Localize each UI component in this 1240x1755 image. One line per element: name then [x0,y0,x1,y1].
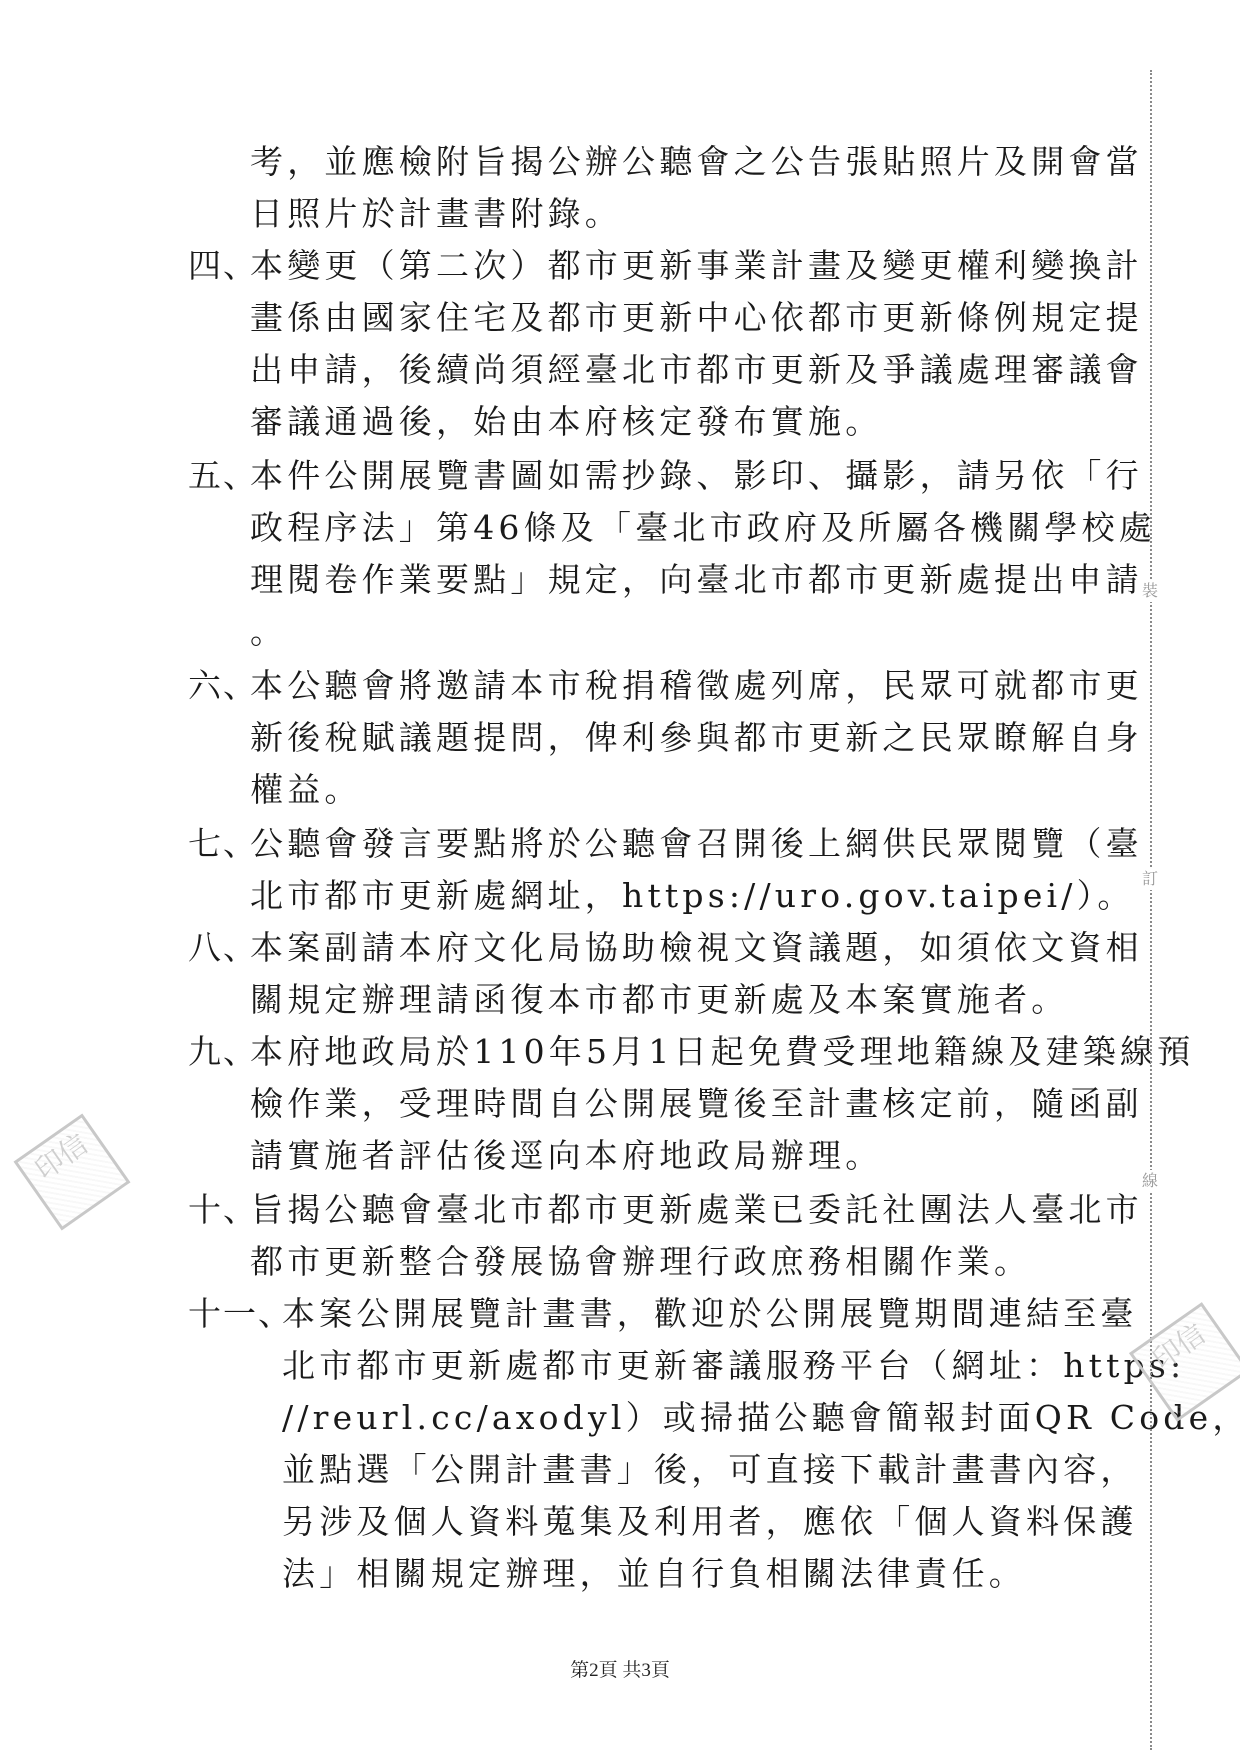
item-11-line-3: //reurl.cc/axodyl）或掃描公聽會簡報封面QR Code， [282,1398,1240,1438]
item-5-line-4: 。 [250,612,287,652]
continuation-line-1: 考，並應檢附旨揭公辦公聽會之公告張貼照片及開會當 [250,142,1143,182]
item-number-4: 四、 [188,246,258,286]
item-7-line-2: 北市都市更新處網址，https://uro.gov.taipei/）。 [250,876,1135,916]
page-number: 第2頁 共3頁 [0,1655,1240,1682]
item-8-line-2: 關規定辦理請函復本市都市更新處及本案實施者。 [250,980,1068,1020]
seal-stamp-left: 印信 [14,1114,131,1231]
binding-mark-zhuang: 裝 [1139,580,1161,602]
item-8-line-1: 本案副請本府文化局協助檢視文資議題，如須依文資相 [250,928,1143,968]
item-number-8: 八、 [188,928,258,968]
binding-line [1150,70,1152,1750]
item-number-5: 五、 [188,456,258,496]
item-9-line-2: 檢作業，受理時間自公開展覽後至計畫核定前，隨函副 [250,1084,1143,1124]
item-4-line-2: 畫係由國家住宅及都市更新中心依都市更新條例規定提 [250,298,1143,338]
item-11-line-5: 另涉及個人資料蒐集及利用者，應依「個人資料保護 [282,1502,1138,1542]
item-4-line-4: 審議通過後，始由本府核定發布實施。 [250,402,882,442]
item-4-line-1: 本變更（第二次）都市更新事業計畫及變更權利變換計 [250,246,1143,286]
item-9-line-1: 本府地政局於110年5月1日起免費受理地籍線及建築線預 [250,1032,1194,1072]
binding-mark-xian: 線 [1139,1170,1161,1192]
item-9-line-3: 請實施者評估後逕向本府地政局辦理。 [250,1136,882,1176]
item-5-line-1: 本件公開展覽書圖如需抄錄、影印、攝影，請另依「行 [250,456,1143,496]
item-11-line-4: 並點選「公開計畫書」後，可直接下載計畫書內容， [282,1450,1138,1490]
item-10-line-1: 旨揭公聽會臺北市都市更新處業已委託社團法人臺北市 [250,1190,1143,1230]
item-11-line-1: 本案公開展覽計畫書，歡迎於公開展覽期間連結至臺 [282,1294,1138,1334]
item-7-line-1: 公聽會發言要點將於公聽會召開後上網供民眾閱覽（臺 [250,824,1143,864]
item-6-line-3: 權益。 [250,770,362,810]
item-6-line-2: 新後稅賦議題提問，俾利參與都市更新之民眾瞭解自身 [250,718,1143,758]
item-5-line-3: 理閱卷作業要點」規定，向臺北市都市更新處提出申請 [250,560,1143,600]
item-4-line-3: 出申請，後續尚須經臺北市都市更新及爭議處理審議會 [250,350,1143,390]
item-11-line-2: 北市都市更新處都市更新審議服務平台（網址：https: [282,1346,1185,1386]
item-6-line-1: 本公聽會將邀請本市稅捐稽徵處列席，民眾可就都市更 [250,666,1143,706]
item-10-line-2: 都市更新整合發展協會辦理行政庶務相關作業。 [250,1242,1031,1282]
item-number-6: 六、 [188,666,258,706]
item-number-9: 九、 [188,1032,258,1072]
binding-mark-ding: 訂 [1139,868,1161,890]
item-number-7: 七、 [188,824,258,864]
item-11-line-6: 法」相關規定辦理，並自行負相關法律責任。 [282,1554,1026,1594]
item-5-line-2: 政程序法」第46條及「臺北市政府及所屬各機關學校處 [250,508,1156,548]
item-number-10: 十、 [188,1190,258,1230]
continuation-line-2: 日照片於計畫書附錄。 [250,194,622,234]
document-page: 考，並應檢附旨揭公辦公聽會之公告張貼照片及開會當 日照片於計畫書附錄。 四、 本… [0,0,1240,1755]
item-number-11: 十一、 [188,1294,293,1334]
